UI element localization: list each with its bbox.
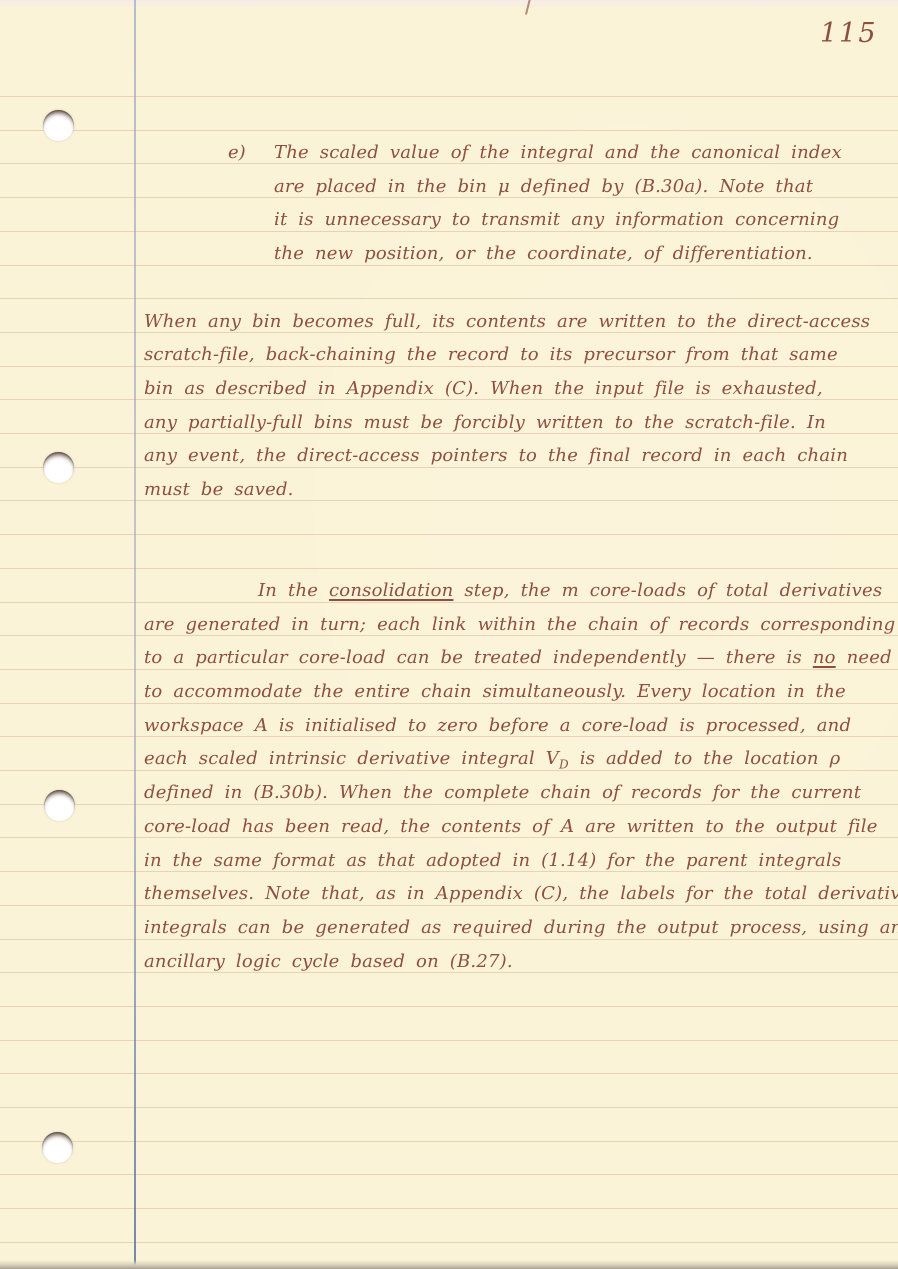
handwritten-line: are placed in the bin μ defined by (B.30… — [274, 170, 884, 204]
margin-line — [134, 0, 136, 1269]
handwritten-line: in the same format as that adopted in (1… — [144, 844, 889, 878]
list-item-marker: e) — [228, 129, 246, 163]
handwritten-line: integrals can be generated as required d… — [144, 911, 889, 945]
handwritten-line: each scaled intrinsic derivative integra… — [144, 742, 889, 776]
handwritten-line: defined in (B.30b). When the complete ch… — [144, 776, 889, 810]
scan-bottom-edge — [0, 1260, 898, 1269]
handwritten-line: any event, the direct-access pointers to… — [144, 439, 884, 473]
punch-hole-icon — [43, 452, 74, 483]
page-number: 115 — [820, 18, 878, 49]
handwritten-line: In the consolidation step, the m core-lo… — [144, 574, 889, 608]
punch-hole-icon — [43, 110, 74, 141]
paragraph-bins: When any bin becomes full, its contents … — [144, 298, 884, 500]
handwritten-line: to a particular core-load can be treated… — [144, 641, 889, 675]
handwritten-line: core-load has been read, the contents of… — [144, 810, 889, 844]
handwritten-line: ancillary logic cycle based on (B.27). — [144, 945, 889, 979]
handwritten-line: to accommodate the entire chain simultan… — [144, 675, 889, 709]
handwritten-line: bin as described in Appendix (C). When t… — [144, 372, 884, 406]
handwritten-line: When any bin becomes full, its contents … — [144, 305, 884, 339]
handwritten-line: workspace A is initialised to zero befor… — [144, 709, 889, 743]
notebook-page: 115 e) The scaled value of the integral … — [0, 0, 898, 1269]
handwritten-line: themselves. Note that, as in Appendix (C… — [144, 877, 889, 911]
handwritten-line: it is unnecessary to transmit any inform… — [274, 203, 884, 237]
handwritten-line: scratch-file, back-chaining the record t… — [144, 338, 884, 372]
handwritten-line: The scaled value of the integral and the… — [274, 136, 884, 170]
handwritten-line: any partially-full bins must be forcibly… — [144, 406, 884, 440]
paragraph-item-e: The scaled value of the integral and the… — [274, 129, 884, 264]
handwritten-line: must be saved. — [144, 473, 884, 507]
punch-hole-icon — [44, 790, 75, 821]
handwritten-line: the new position, or the coordinate, of … — [274, 237, 884, 271]
punch-hole-icon — [42, 1132, 73, 1163]
handwritten-line: are generated in turn; each link within … — [144, 608, 889, 642]
paragraph-consolidation: In the consolidation step, the m core-lo… — [144, 567, 889, 971]
